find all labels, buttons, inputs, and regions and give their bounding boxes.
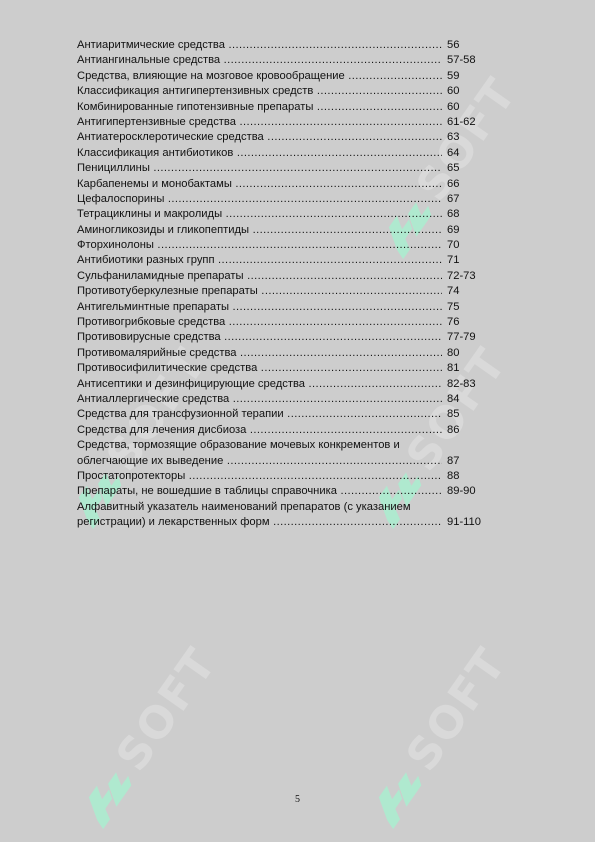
toc-entry-page: 81 <box>447 361 459 376</box>
toc-entry-page: 74 <box>447 284 459 299</box>
toc-entry-page: 69 <box>447 223 459 238</box>
toc-entry-title: Средства для трансфузионной терапии <box>77 407 442 422</box>
toc-entry-title: Комбинированные гипотензивные препараты <box>77 100 442 115</box>
toc-entry-title: Антиатеросклеротические средства <box>77 130 442 145</box>
toc-entry-title: Фторхинолоны <box>77 238 442 253</box>
toc-entry[interactable]: Антиаритмические средства56 <box>77 38 497 53</box>
toc-entry-page: 59 <box>447 69 459 84</box>
toc-entry-page: 72-73 <box>447 269 476 284</box>
toc-entry-title: Антигипертензивные средства <box>77 115 442 130</box>
toc-entry-page: 85 <box>447 407 459 422</box>
toc-entry-page: 87 <box>447 454 459 469</box>
toc-entry-page: 56 <box>447 38 459 53</box>
toc-entry[interactable]: Антиаллергические средства84 <box>77 392 497 407</box>
toc-entry-title: Классификация антибиотиков <box>77 146 442 161</box>
toc-entry[interactable]: Противотуберкулезные препараты74 <box>77 284 497 299</box>
toc-entry-page: 71 <box>447 253 459 268</box>
toc-entry-title: регистрации) и лекарственных форм <box>77 515 442 530</box>
toc-entry-page: 80 <box>447 346 459 361</box>
toc-entry-page: 75 <box>447 300 459 315</box>
toc-entry-page: 60 <box>447 100 459 115</box>
toc-entry[interactable]: Тетрациклины и макролиды68 <box>77 207 497 222</box>
toc-entry-title: Противомалярийные средства <box>77 346 442 361</box>
toc-entry-page: 66 <box>447 177 459 192</box>
toc-entry[interactable]: Алфавитный указатель наименований препар… <box>77 500 497 515</box>
toc-entry[interactable]: Средства для лечения дисбиоза86 <box>77 423 497 438</box>
toc-entry-title: Антиаллергические средства <box>77 392 442 407</box>
toc-entry[interactable]: Препараты, не вошедшие в таблицы справоч… <box>77 484 497 499</box>
toc-entry-page: 64 <box>447 146 459 161</box>
toc-entry[interactable]: Фторхинолоны70 <box>77 238 497 253</box>
toc-entry-title: Аминогликозиды и гликопептиды <box>77 223 442 238</box>
toc-entry[interactable]: Антисептики и дезинфицирующие средства82… <box>77 377 497 392</box>
toc-entry-page: 89-90 <box>447 484 476 499</box>
toc-entry-title: Противосифилитические средства <box>77 361 442 376</box>
toc-entry[interactable]: Комбинированные гипотензивные препараты6… <box>77 100 497 115</box>
watermark-text: SOFT <box>108 640 226 780</box>
toc-entry[interactable]: Классификация антигипертензивных средств… <box>77 84 497 99</box>
toc-entry-page: 86 <box>447 423 459 438</box>
toc-entry-title: облегчающие их выведение <box>77 454 442 469</box>
toc-entry[interactable]: Сульфаниламидные препараты72-73 <box>77 269 497 284</box>
toc-entry[interactable]: Антибиотики разных групп71 <box>77 253 497 268</box>
toc-entry-page: 91-110 <box>447 515 481 530</box>
toc-entry-title: Алфавитный указатель наименований препар… <box>77 500 442 515</box>
toc-entry-page: 67 <box>447 192 459 207</box>
toc-entry-page: 63 <box>447 130 459 145</box>
toc-entry[interactable]: Антигипертензивные средства61-62 <box>77 115 497 130</box>
watermark-text: SOFT <box>398 640 516 780</box>
toc-entry[interactable]: Средства для трансфузионной терапии85 <box>77 407 497 422</box>
toc-entry[interactable]: Противовирусные средства77-79 <box>77 330 497 345</box>
toc-entry-title: Карбапенемы и монобактамы <box>77 177 442 192</box>
toc-entry-title: Цефалоспорины <box>77 192 442 207</box>
toc-entry[interactable]: Аминогликозиды и гликопептиды69 <box>77 223 497 238</box>
toc-entry-page: 77-79 <box>447 330 476 345</box>
toc-entry-page: 88 <box>447 469 459 484</box>
toc-entry-title: Противовирусные средства <box>77 330 442 345</box>
toc-entry[interactable]: Пенициллины65 <box>77 161 497 176</box>
toc-entry-page: 68 <box>447 207 459 222</box>
toc-entry[interactable]: облегчающие их выведение87 <box>77 454 497 469</box>
toc-entry[interactable]: Простатопротекторы88 <box>77 469 497 484</box>
toc-entry[interactable]: Противогрибковые средства76 <box>77 315 497 330</box>
toc-entry[interactable]: Противомалярийные средства80 <box>77 346 497 361</box>
toc-entry-page: 60 <box>447 84 459 99</box>
toc-entry[interactable]: Антиатеросклеротические средства63 <box>77 130 497 145</box>
toc-entry[interactable]: Антиангинальные средства57-58 <box>77 53 497 68</box>
toc-entry-page: 70 <box>447 238 459 253</box>
toc-entry-title: Антигельминтные препараты <box>77 300 442 315</box>
toc-entry-page: 84 <box>447 392 459 407</box>
toc-entry-title: Препараты, не вошедшие в таблицы справоч… <box>77 484 442 499</box>
toc-entry[interactable]: Средства, тормозящие образование мочевых… <box>77 438 497 453</box>
toc-entry-page: 61-62 <box>447 115 476 130</box>
toc-entry[interactable]: Противосифилитические средства81 <box>77 361 497 376</box>
toc-entry[interactable]: Средства, влияющие на мозговое кровообра… <box>77 69 497 84</box>
toc-entry-title: Противотуберкулезные препараты <box>77 284 442 299</box>
toc-entry-page: 82-83 <box>447 377 476 392</box>
toc-entry-title: Антиангинальные средства <box>77 53 442 68</box>
toc-entry-title: Противогрибковые средства <box>77 315 442 330</box>
toc-entry[interactable]: Карбапенемы и монобактамы66 <box>77 177 497 192</box>
toc-entry-title: Пенициллины <box>77 161 442 176</box>
toc-entry-title: Классификация антигипертензивных средств <box>77 84 442 99</box>
toc-entry-title: Сульфаниламидные препараты <box>77 269 442 284</box>
toc-entry-title: Антисептики и дезинфицирующие средства <box>77 377 442 392</box>
toc-entry[interactable]: регистрации) и лекарственных форм91-110 <box>77 515 497 530</box>
toc-entry[interactable]: Классификация антибиотиков64 <box>77 146 497 161</box>
toc-entry-title: Средства, тормозящие образование мочевых… <box>77 438 442 453</box>
toc-entry-title: Тетрациклины и макролиды <box>77 207 442 222</box>
toc-entry-page: 57-58 <box>447 53 476 68</box>
toc-entry-title: Простатопротекторы <box>77 469 442 484</box>
page-number: 5 <box>0 794 595 805</box>
toc-entry-title: Средства для лечения дисбиоза <box>77 423 442 438</box>
toc-entry-title: Антибиотики разных групп <box>77 253 442 268</box>
toc-entry-title: Антиаритмические средства <box>77 38 442 53</box>
toc-entry[interactable]: Антигельминтные препараты75 <box>77 300 497 315</box>
table-of-contents: Антиаритмические средства56Антиангинальн… <box>77 38 497 531</box>
toc-entry[interactable]: Цефалоспорины67 <box>77 192 497 207</box>
toc-entry-page: 76 <box>447 315 459 330</box>
toc-entry-page: 65 <box>447 161 459 176</box>
watermark: SOFT <box>355 639 519 837</box>
toc-entry-title: Средства, влияющие на мозговое кровообра… <box>77 69 442 84</box>
watermark: SOFT <box>65 639 229 837</box>
